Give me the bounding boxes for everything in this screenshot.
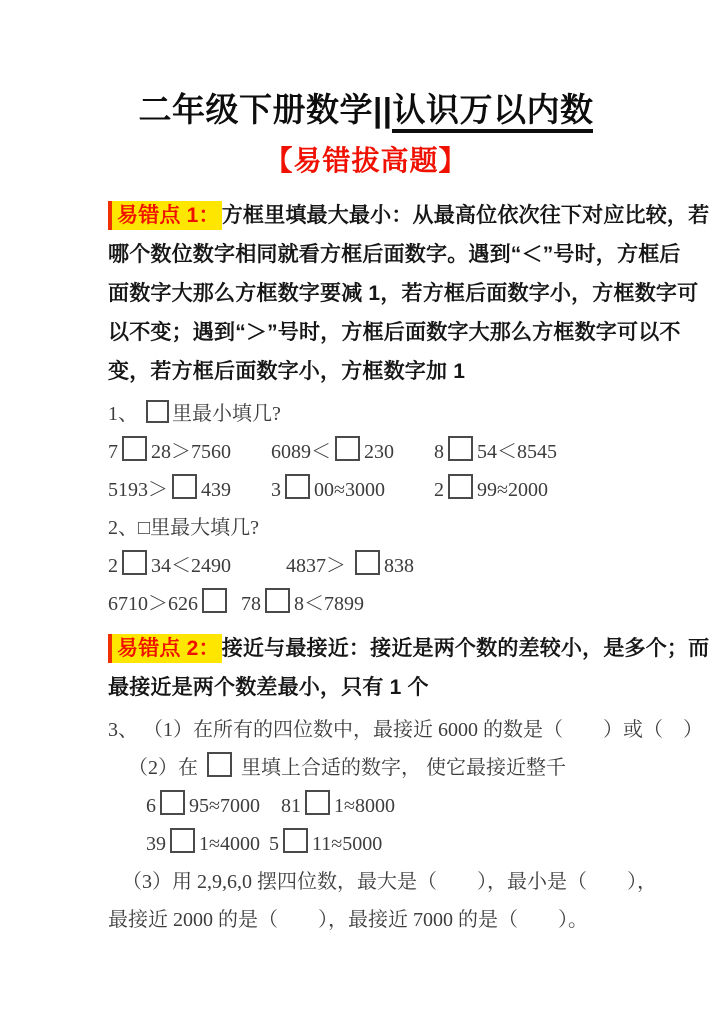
equation: 854＜8545 — [434, 433, 557, 471]
equation: 299≈2000 — [434, 471, 548, 509]
answer-box — [335, 436, 360, 461]
paragraph-text: 接近与最接近：接近是两个数的差较小，是多个；而 — [222, 637, 710, 660]
answer-box — [146, 400, 169, 423]
paragraph-line: 变，若方框后面数字小，方框数字加 1 — [108, 352, 624, 391]
question-3-part-1: 3、 （1）在所有的四位数中，最接近 6000 的数是（ ）或（ ） — [108, 711, 624, 749]
equation: 6089＜230 — [271, 433, 434, 471]
answer-box — [305, 790, 330, 815]
answer-box — [355, 550, 380, 575]
paragraph-line: 易错点 1：方框里填最大最小：从最高位依次往下对应比较，若 — [108, 196, 624, 235]
equation: 391≈4000 — [146, 825, 269, 863]
question-1-equations-row-1: 728＞7560 6089＜230 854＜8545 — [108, 433, 624, 471]
error-point-2-paragraph: 易错点 2：接近与最接近：接近是两个数的差较小，是多个；而 最接近是两个数差最小… — [108, 629, 624, 707]
question-3-equations-row-1: 695≈7000 811≈8000 — [108, 787, 624, 825]
paragraph-text: 方框里填最大最小：从最高位依次往下对应比较，若 — [222, 204, 710, 227]
equation: 300≈3000 — [271, 471, 434, 509]
error-point-2-label: 易错点 2： — [108, 634, 222, 663]
question-2-header: 2、□里最大填几? — [108, 509, 624, 547]
equation: 234＜2490 — [108, 547, 286, 585]
equation: 6710＞626 — [108, 585, 241, 623]
answer-box — [283, 828, 308, 853]
equation: 4837＞ 838 — [286, 547, 414, 585]
paragraph-line: 最接近是两个数差最小，只有 1 个 — [108, 668, 624, 707]
paragraph-line: 哪个数位数字相同就看方框后面数字。遇到“＜”号时，方框后 — [108, 235, 624, 274]
question-2-equations-row-1: 234＜2490 4837＞ 838 — [108, 547, 624, 585]
paragraph-line: 面数字大那么方框数字要减 1，若方框后面数字小，方框数字可 — [108, 274, 624, 313]
answer-box — [160, 790, 185, 815]
page-subtitle: 【易错拔高题】 — [108, 141, 624, 181]
question-3-part-2: （2）在 里填上合适的数字， 使它最接近整千 — [108, 749, 624, 787]
equation: 695≈7000 — [146, 787, 281, 825]
answer-box — [202, 588, 227, 613]
answer-box — [170, 828, 195, 853]
title-underlined: 认识万以内数 — [392, 91, 593, 133]
error-point-1-label: 易错点 1： — [108, 201, 222, 230]
question-3-part-3-continued: 最接近 2000 的是（ ），最接近 7000 的是（ ）。 — [108, 901, 624, 939]
paragraph-line: 易错点 2：接近与最接近：接近是两个数的差较小，是多个；而 — [108, 629, 624, 668]
question-1-equations-row-2: 5193＞439 300≈3000 299≈2000 — [108, 471, 624, 509]
equation: 788＜7899 — [241, 585, 364, 623]
equation: 511≈5000 — [269, 825, 382, 863]
paragraph-line: 以不变；遇到“＞”号时，方框后面数字大那么方框数字可以不 — [108, 313, 624, 352]
equation: 811≈8000 — [281, 787, 395, 825]
answer-box — [448, 474, 473, 499]
equation: 728＞7560 — [108, 433, 271, 471]
answer-box — [122, 436, 147, 461]
question-2-equations-row-2: 6710＞626 788＜7899 — [108, 585, 624, 623]
question-3-part-3: （3）用 2,9,6,0 摆四位数，最大是（ ），最小是（ ）， — [108, 863, 624, 901]
answer-box — [122, 550, 147, 575]
page-title: 二年级下册数学||认识万以内数 — [108, 86, 624, 134]
worksheet-page: 二年级下册数学||认识万以内数 【易错拔高题】 易错点 1：方框里填最大最小：从… — [0, 0, 724, 1024]
error-point-1-paragraph: 易错点 1：方框里填最大最小：从最高位依次往下对应比较，若 哪个数位数字相同就看… — [108, 196, 624, 391]
answer-box — [207, 752, 232, 777]
question-1-header: 1、 里最小填几? — [108, 395, 624, 433]
equation: 5193＞439 — [108, 471, 271, 509]
answer-box — [448, 436, 473, 461]
title-plain: 二年级下册数学|| — [139, 91, 393, 128]
answer-box — [172, 474, 197, 499]
question-3-equations-row-2: 391≈4000 511≈5000 — [108, 825, 624, 863]
answer-box — [285, 474, 310, 499]
answer-box — [265, 588, 290, 613]
